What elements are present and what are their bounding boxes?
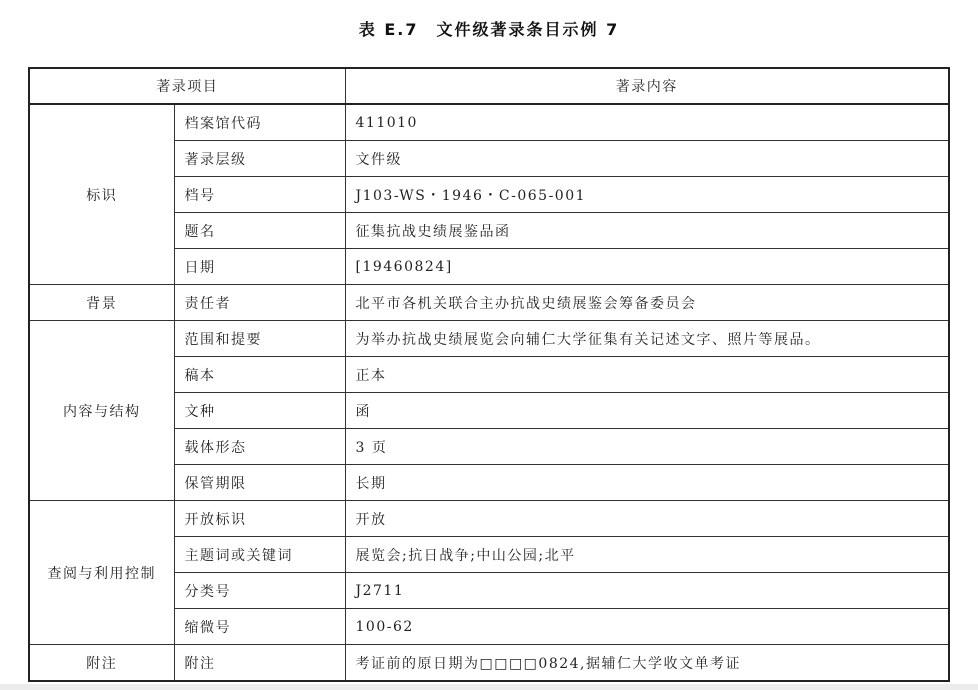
item-label: 文种 (174, 393, 345, 429)
item-label: 责任者 (174, 285, 345, 321)
table-number: 表 E.7 (359, 20, 419, 39)
item-value: 征集抗战史绩展鉴品函 (345, 213, 949, 249)
item-value: J103-WS・1946・C-065-001 (345, 177, 949, 213)
item-label: 日期 (174, 249, 345, 285)
group-identification: 标识 (29, 104, 174, 285)
item-label: 载体形态 (174, 429, 345, 465)
item-value: 文件级 (345, 141, 949, 177)
table-caption: 表 E.7文件级著录条目示例 7 (0, 17, 978, 40)
item-value: 开放 (345, 501, 949, 537)
item-value: 考证前的原日期为□□□□0824,据辅仁大学收文单考证 (345, 645, 949, 682)
item-label: 保管期限 (174, 465, 345, 501)
item-value: 展览会;抗日战争;中山公园;北平 (345, 537, 949, 573)
item-label: 题名 (174, 213, 345, 249)
item-label: 附注 (174, 645, 345, 682)
group-background: 背景 (29, 285, 174, 321)
item-label: 分类号 (174, 573, 345, 609)
item-label: 档号 (174, 177, 345, 213)
item-value: J2711 (345, 573, 949, 609)
item-value: 正本 (345, 357, 949, 393)
item-value: 411010 (345, 104, 949, 141)
header-item: 著录项目 (29, 68, 345, 104)
item-label: 档案馆代码 (174, 104, 345, 141)
group-content-structure: 内容与结构 (29, 321, 174, 501)
item-label: 缩微号 (174, 609, 345, 645)
table-row: 附注 附注 考证前的原日期为□□□□0824,据辅仁大学收文单考证 (29, 645, 949, 682)
table-row: 标识 档案馆代码 411010 (29, 104, 949, 141)
item-value: 长期 (345, 465, 949, 501)
table-row: 查阅与利用控制 开放标识 开放 (29, 501, 949, 537)
page-bottom-strip (0, 684, 978, 690)
item-value: 函 (345, 393, 949, 429)
group-access-control: 查阅与利用控制 (29, 501, 174, 645)
table-row: 背景 责任者 北平市各机关联合主办抗战史绩展鉴会筹备委员会 (29, 285, 949, 321)
item-value: 北平市各机关联合主办抗战史绩展鉴会筹备委员会 (345, 285, 949, 321)
header-content: 著录内容 (345, 68, 949, 104)
table-title: 文件级著录条目示例 7 (437, 20, 620, 39)
item-label: 范围和提要 (174, 321, 345, 357)
item-label: 著录层级 (174, 141, 345, 177)
item-value: [19460824] (345, 249, 949, 285)
item-label: 主题词或关键词 (174, 537, 345, 573)
catalog-table: 著录项目 著录内容 标识 档案馆代码 411010 著录层级 文件级 档号 J1… (28, 67, 950, 682)
header-row: 著录项目 著录内容 (29, 68, 949, 104)
item-value: 3 页 (345, 429, 949, 465)
item-value: 100-62 (345, 609, 949, 645)
table-row: 内容与结构 范围和提要 为举办抗战史绩展览会向辅仁大学征集有关记述文字、照片等展… (29, 321, 949, 357)
item-label: 开放标识 (174, 501, 345, 537)
item-label: 稿本 (174, 357, 345, 393)
item-value: 为举办抗战史绩展览会向辅仁大学征集有关记述文字、照片等展品。 (345, 321, 949, 357)
group-notes: 附注 (29, 645, 174, 682)
